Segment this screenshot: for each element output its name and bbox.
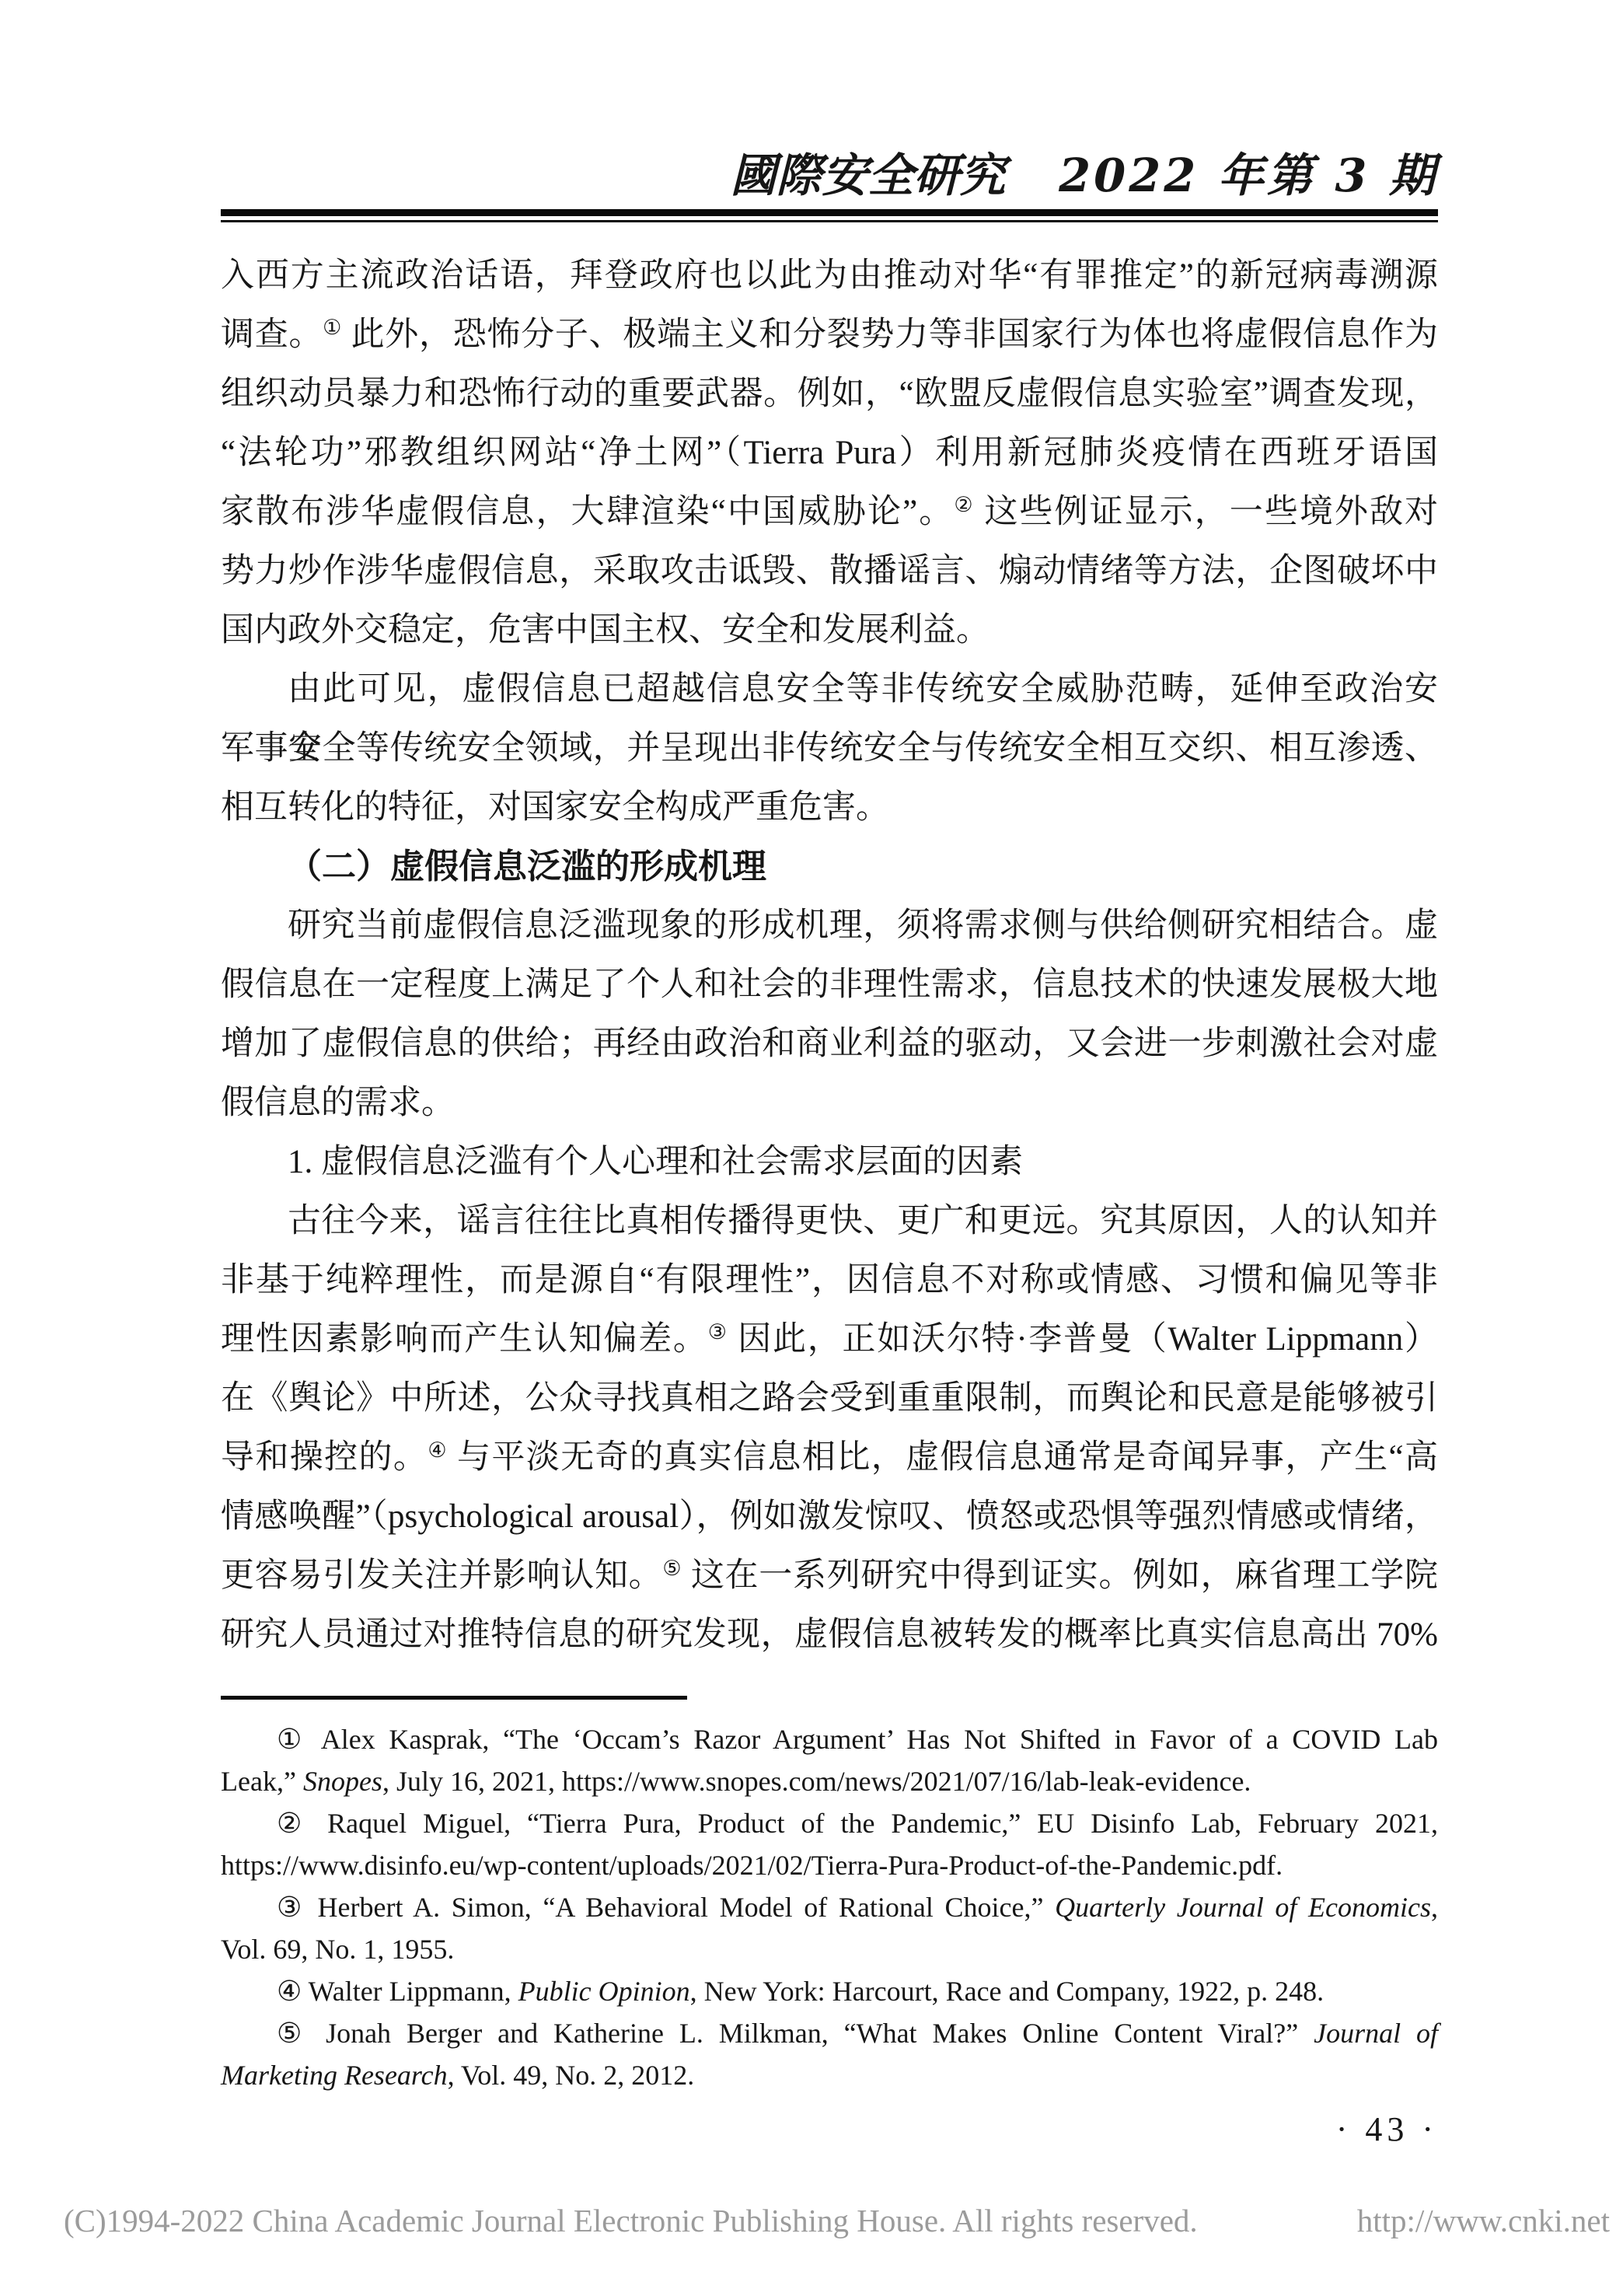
footnote-line: ④ Walter Lippmann, Public Opinion, New Y… <box>221 1970 1438 2012</box>
footnote-ref: ⑤ <box>662 1557 682 1580</box>
header-rule-thin <box>221 220 1438 222</box>
body-text-line: 军事安全等传统安全领域，并呈现出非传统安全与传统安全相互交织、相互渗透、 <box>221 719 1438 778</box>
footnote-line: ⑤ Jonah Berger and Katherine L. Milkman,… <box>221 2012 1438 2054</box>
footnote-line: Marketing Research, Vol. 49, No. 2, 2012… <box>221 2054 1438 2096</box>
footnote-ref: ④ <box>428 1438 448 1462</box>
body-text-line: 国内政外交稳定，危害中国主权、安全和发展利益。 <box>221 601 1438 660</box>
journal-title: 國際安全研究 <box>731 149 1006 202</box>
section-heading: （二）虚假信息泛滥的形成机理 <box>221 837 1438 896</box>
body-text-line: 调查。① 此外，恐怖分子、极端主义和分裂势力等非国家行为体也将虚假信息作为 <box>221 306 1438 365</box>
running-head: 國際安全研究 2022 年第 3 期 <box>221 145 1438 207</box>
body-text-line: 入西方主流政治话语，拜登政府也以此为由推动对华“有罪推定”的新冠病毒溯源 <box>221 246 1438 306</box>
footnote-ref: ① <box>323 316 342 339</box>
copyright-footer: (C)1994-2022 China Academic Journal Elec… <box>64 2203 1610 2238</box>
footnote-ref: ② <box>954 493 974 516</box>
body-text-line: 更容易引发关注并影响认知。⑤ 这在一系列研究中得到证实。例如，麻省理工学院 <box>221 1546 1438 1606</box>
body-text-line: 情感唤醒”（psychological arousal），例如激发惊叹、愤怒或恐… <box>221 1487 1438 1546</box>
footnote-line: ① Alex Kasprak, “The ‘Occam’s Razor Argu… <box>221 1718 1438 1760</box>
copyright-text: (C)1994-2022 China Academic Journal Elec… <box>64 2203 1198 2238</box>
journal-issue: 2022 年第 3 期 <box>1059 149 1438 202</box>
body-text-line: “法轮功”邪教组织网站“净土网”（Tierra Pura）利用新冠肺炎疫情在西班… <box>221 424 1438 483</box>
body-text-line: 增加了虚假信息的供给；再经由政治和商业利益的驱动，又会进一步刺激社会对虚 <box>221 1015 1438 1074</box>
footnote-ref: ③ <box>708 1320 728 1344</box>
body-text-line: 在《舆论》中所述，公众寻找真相之路会受到重重限制，而舆论和民意是能够被引 <box>221 1369 1438 1428</box>
footnote-line: Vol. 69, No. 1, 1955. <box>221 1928 1438 1970</box>
body-text-line: 势力炒作涉华虚假信息，采取攻击诋毁、散播谣言、煽动情绪等方法，企图破坏中 <box>221 542 1438 601</box>
body-text-line: 研究当前虚假信息泛滥现象的形成机理，须将需求侧与供给侧研究相结合。虚 <box>221 896 1438 956</box>
footnotes: ① Alex Kasprak, “The ‘Occam’s Razor Argu… <box>221 1718 1438 2096</box>
body-text-line: 1. 虚假信息泛滥有个人心理和社会需求层面的因素 <box>221 1133 1438 1192</box>
footnote-line: ② Raquel Miguel, “Tierra Pura, Product o… <box>221 1802 1438 1844</box>
footnote-separator <box>221 1696 687 1700</box>
body-text-line: 家散布涉华虚假信息，大肆渲染“中国威胁论”。② 这些例证显示，一些境外敌对 <box>221 483 1438 542</box>
body-text-line: 古往今来，谣言往往比真相传播得更快、更广和更远。究其原因，人的认知并 <box>221 1192 1438 1251</box>
body-text-line: 相互转化的特征，对国家安全构成严重危害。 <box>221 778 1438 837</box>
body-text-line: 研究人员通过对推特信息的研究发现，虚假信息被转发的概率比真实信息高出 70% <box>221 1606 1438 1665</box>
body-text: 入西方主流政治话语，拜登政府也以此为由推动对华“有罪推定”的新冠病毒溯源调查。①… <box>221 246 1438 1665</box>
page-number: · 43 · <box>221 2109 1438 2151</box>
footnote-line: Leak,” Snopes, July 16, 2021, https://ww… <box>221 1760 1438 1802</box>
body-text-line: 假信息的需求。 <box>221 1074 1438 1133</box>
header-rule-thick <box>221 209 1438 216</box>
body-text-line: 导和操控的。④ 与平淡无奇的真实信息相比，虚假信息通常是奇闻异事，产生“高 <box>221 1428 1438 1487</box>
document-page: 國際安全研究 2022 年第 3 期 入西方主流政治话语，拜登政府也以此为由推动… <box>0 0 1616 2296</box>
cnki-url: http://www.cnki.net <box>1357 2203 1610 2238</box>
body-text-line: 由此可见，虚假信息已超越信息安全等非传统安全威胁范畴，延伸至政治安全、 <box>221 660 1438 719</box>
body-text-line: 非基于纯粹理性，而是源自“有限理性”，因信息不对称或情感、习惯和偏见等非 <box>221 1251 1438 1310</box>
footnote-line: https://www.disinfo.eu/wp-content/upload… <box>221 1844 1438 1886</box>
body-text-line: 假信息在一定程度上满足了个人和社会的非理性需求，信息技术的快速发展极大地 <box>221 956 1438 1015</box>
body-text-line: 组织动员暴力和恐怖行动的重要武器。例如，“欧盟反虚假信息实验室”调查发现， <box>221 365 1438 424</box>
footnote-line: ③ Herbert A. Simon, “A Behavioral Model … <box>221 1886 1438 1928</box>
body-text-line: 理性因素影响而产生认知偏差。③ 因此，正如沃尔特·李普曼（Walter Lipp… <box>221 1310 1438 1369</box>
